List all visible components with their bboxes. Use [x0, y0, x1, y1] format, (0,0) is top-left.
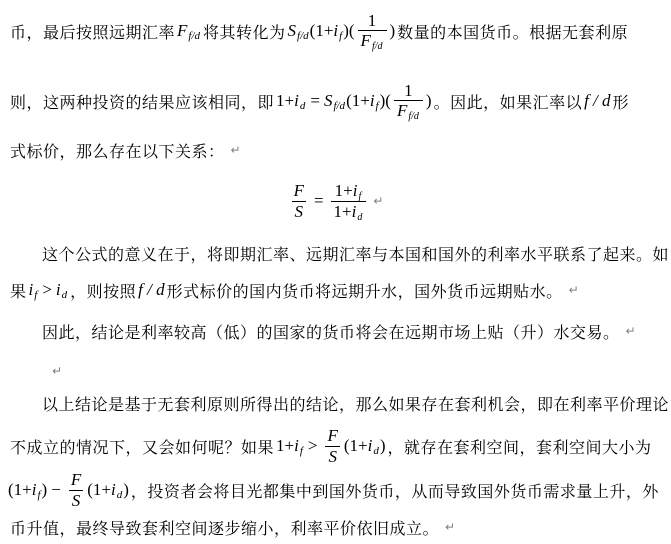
math-text: )(	[380, 91, 391, 111]
paragraph-mark: ↵	[231, 143, 241, 157]
math-var: S	[288, 21, 297, 41]
fraction-numerator: F	[325, 426, 341, 446]
empty-paragraph: ↵	[52, 360, 62, 382]
math-var: i	[111, 480, 116, 500]
cjk-text: 因此，结论是利率较高（低）的国家的货币将会在远期市场上贴（升）水交易。	[42, 320, 620, 343]
fraction-denominator: S	[69, 490, 84, 511]
cjk-text: ，投资者会将目光都集中到国外货币，从而导致国外货币需求量上升，外	[131, 479, 659, 502]
line-2: 则，这两种投资的结果应该相同，即 1+ id = Sf/d (1+ if )( …	[8, 72, 631, 130]
cjk-text: ，就存在套利空间，套利空间大小为	[388, 435, 652, 458]
line-10: 币升值，最终导致套利空间逐步缩小，利率平价依旧成立。 ↵	[8, 516, 455, 538]
line-4: 这个公式的意义在于，将即期汇率、远期汇率与本国和国外的利率水平联系了起来。如	[40, 242, 671, 264]
fraction-denominator: Ff/d	[394, 100, 423, 121]
cjk-text: 形式标价的国内货币将远期升水，国外货币远期贴水。	[167, 279, 563, 302]
cjk-text: 形	[613, 90, 630, 113]
math-subscript: f	[339, 30, 342, 42]
math-text: 1+	[335, 181, 353, 200]
equals-sign: =	[310, 91, 320, 111]
math-subscript: f	[37, 489, 40, 501]
math-subscript: d	[373, 445, 379, 457]
math-text: 1+	[276, 436, 294, 456]
fraction-numerator: 1+if	[332, 181, 366, 201]
math-var: F	[361, 31, 371, 50]
math-var: f / d	[138, 280, 164, 300]
fraction-denominator: S	[292, 201, 307, 222]
line-8: 不成立的情况下，又会如何呢？如果 1+ if > F S (1+ id ) ，就…	[8, 423, 654, 469]
cjk-text: 则，这两种投资的结果应该相同，即	[10, 90, 274, 113]
cjk-text: 以上结论是基于无套利原则所得出的结论，那么如果存在套利机会，即在利率平价理论	[42, 392, 669, 415]
paragraph-mark: ↵	[445, 520, 455, 534]
math-var: F	[177, 21, 187, 41]
cjk-text: 式标价，那么存在以下关系：	[10, 139, 225, 162]
fraction-denominator: S	[325, 446, 340, 467]
cjk-text: 币，最后按照远期汇率	[10, 20, 175, 43]
math-var: i	[333, 21, 338, 41]
cjk-text: 果	[10, 279, 27, 302]
cjk-text: 不成立的情况下，又会如何呢？如果	[10, 435, 274, 458]
fraction: 1+if 1+id	[331, 181, 367, 221]
fraction-numerator: 1	[401, 81, 416, 101]
math-text: (1+	[310, 21, 334, 41]
math-var: i	[352, 202, 357, 221]
math-var: F	[397, 101, 407, 120]
math-text: )	[390, 21, 396, 41]
fraction-denominator: Ff/d	[358, 30, 387, 51]
math-subscript: f	[376, 100, 379, 112]
math-subscript: f/d	[297, 30, 309, 42]
paragraph-mark: ↵	[626, 324, 636, 338]
math-var: i	[370, 91, 375, 111]
paragraph-mark: ↵	[373, 194, 383, 208]
math-text: (1+	[344, 436, 368, 456]
math-var: i	[56, 280, 61, 300]
cjk-text: ，则按照	[70, 279, 136, 302]
paragraph-mark: ↵	[569, 283, 579, 297]
math-subscript: d	[300, 100, 306, 112]
equals-sign: =	[314, 191, 324, 211]
cjk-text: 这个公式的意义在于，将即期汇率、远期汇率与本国和国外的利率水平联系了起来。如	[42, 242, 669, 265]
cjk-text: 。因此，如果汇率以	[434, 90, 583, 113]
line-3: 式标价，那么存在以下关系： ↵	[8, 138, 241, 162]
math-text: )	[42, 480, 48, 500]
fraction-numerator: F	[291, 181, 307, 201]
math-text: )(	[343, 21, 354, 41]
cjk-text: 币升值，最终导致套利空间逐步缩小，利率平价依旧成立。	[10, 516, 439, 539]
math-subscript: d	[117, 489, 123, 501]
math-text: (1+	[346, 91, 370, 111]
line-9: (1+ if ) − F S (1+ id ) ，投资者会将目光都集中到国外货币…	[8, 467, 661, 513]
math-subscript: d	[62, 289, 68, 301]
math-text: 1+	[276, 91, 294, 111]
line-7: 以上结论是基于无套利原则所得出的结论，那么如果存在套利机会，即在利率平价理论	[40, 392, 671, 414]
math-var: i	[29, 280, 34, 300]
document-page[interactable]: 币，最后按照远期汇率 Ff/d 将其转化为 Sf/d (1+ if )( 1 F…	[0, 0, 671, 544]
line-6: 因此，结论是利率较高（低）的国家的货币将会在远期市场上贴（升）水交易。 ↵	[40, 320, 636, 342]
fraction-denominator: 1+id	[331, 201, 367, 222]
math-text: 1+	[334, 202, 352, 221]
cjk-text: 数量的本国货币。根据无套利原	[397, 20, 628, 43]
math-subscript: f/d	[333, 100, 345, 112]
math-var: i	[32, 480, 37, 500]
math-text: (1+	[87, 480, 111, 500]
math-subscript: f/d	[188, 30, 200, 42]
math-subscript: f	[358, 191, 361, 202]
equation-block: F S = 1+if 1+id ↵	[0, 170, 671, 232]
math-subscript: f/d	[372, 41, 383, 52]
fraction: F S	[68, 470, 84, 510]
math-text: )	[123, 480, 129, 500]
math-var: f / d	[584, 91, 610, 111]
math-subscript: f	[300, 445, 303, 457]
math-text: )	[380, 436, 386, 456]
line-5: 果 if > id ，则按照 f / d 形式标价的国内货币将远期升水，国外货币…	[8, 276, 579, 304]
cjk-text: 将其转化为	[203, 20, 286, 43]
fraction: 1 Ff/d	[358, 11, 387, 52]
line-1: 币，最后按照远期汇率 Ff/d 将其转化为 Sf/d (1+ if )( 1 F…	[8, 2, 630, 60]
math-subscript: f	[34, 289, 37, 301]
greater-than-sign: >	[308, 436, 318, 456]
fraction-numerator: F	[68, 470, 84, 490]
paragraph-mark: ↵	[52, 364, 62, 378]
math-var: i	[353, 181, 358, 200]
fraction: 1 Ff/d	[394, 81, 423, 122]
math-subscript: f/d	[408, 111, 419, 122]
math-var: i	[294, 91, 299, 111]
math-subscript: d	[357, 212, 362, 223]
minus-sign: −	[51, 480, 61, 500]
fraction: F S	[325, 426, 341, 466]
fraction: F S	[291, 181, 307, 221]
math-text: )	[426, 91, 432, 111]
math-var: i	[294, 436, 299, 456]
greater-than-sign: >	[42, 280, 52, 300]
fraction-numerator: 1	[365, 11, 380, 31]
math-text: (1+	[8, 480, 32, 500]
math-var: i	[368, 436, 373, 456]
math-var: S	[324, 91, 333, 111]
